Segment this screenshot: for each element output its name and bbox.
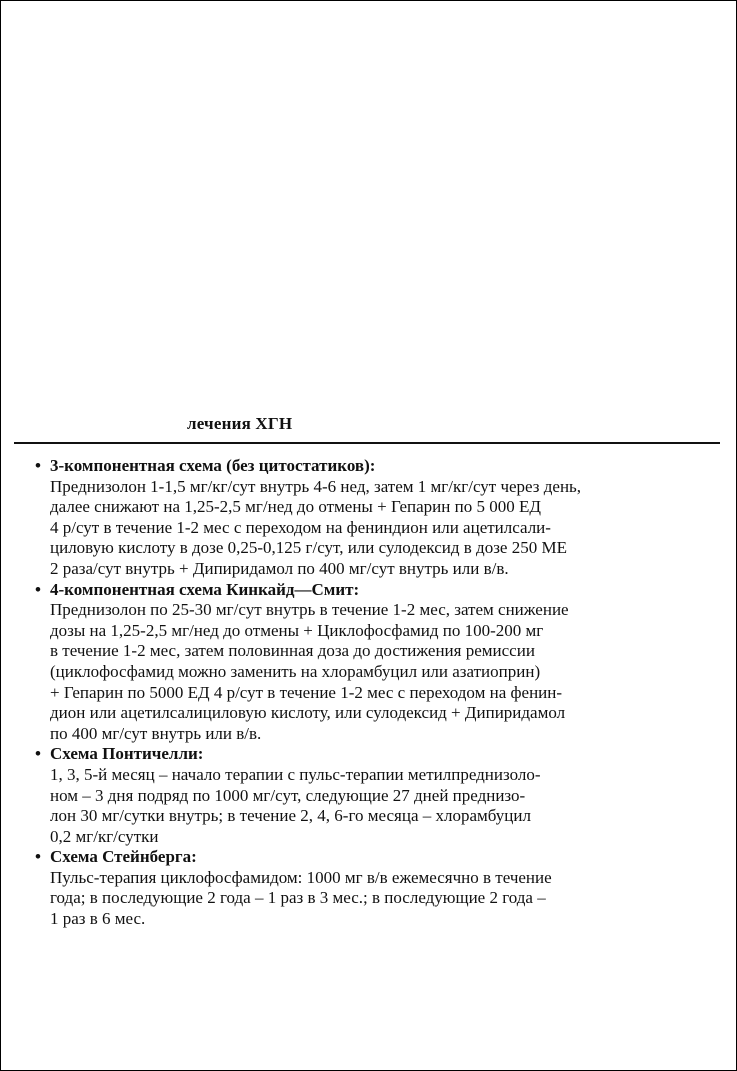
scheme-text-line: далее снижают на 1,25-2,5 мг/нед до отме…	[50, 497, 725, 518]
scheme-text-line: года; в последующие 2 года – 1 раз в 3 м…	[50, 888, 725, 909]
scheme-text-line: дион или ацетилсалициловую кислоту, или …	[50, 703, 725, 724]
scheme-kincaid-smith: • 4-компонентная схема Кинкайд—Смит: Пре…	[35, 580, 725, 745]
bullet-icon: •	[35, 580, 41, 601]
scheme-text-line: + Гепарин по 5000 ЕД 4 р/сут в течение 1…	[50, 683, 725, 704]
scheme-title: Схема Стейнберга:	[50, 847, 725, 868]
bullet-icon: •	[35, 456, 41, 477]
scheme-text-line: 4 р/сут в течение 1-2 мес с переходом на…	[50, 518, 725, 539]
scheme-text-line: дозы на 1,25-2,5 мг/нед до отмены + Цикл…	[50, 621, 725, 642]
scheme-text-line: 1 раз в 6 мес.	[50, 909, 725, 930]
treatment-schemes-list: • 3-компонентная схема (без цитостатиков…	[35, 456, 725, 930]
scheme-three-component: • 3-компонентная схема (без цитостатиков…	[35, 456, 725, 580]
scheme-steinberg: • Схема Стейнберга: Пульс-терапия циклоф…	[35, 847, 725, 929]
scheme-title: 3-компонентная схема (без цитостатиков):	[50, 456, 725, 477]
scheme-text-line: в течение 1-2 мес, затем половинная доза…	[50, 641, 725, 662]
scheme-text-line: лон 30 мг/сутки внутрь; в течение 2, 4, …	[50, 806, 725, 827]
scheme-text-line: (циклофосфамид можно заменить на хлорамб…	[50, 662, 725, 683]
scheme-text-line: циловую кислоту в дозе 0,25-0,125 г/сут,…	[50, 538, 725, 559]
scheme-ponticelli: • Схема Понтичелли: 1, 3, 5-й месяц – на…	[35, 744, 725, 847]
bullet-icon: •	[35, 744, 41, 765]
scheme-text-line: ном – 3 дня подряд по 1000 мг/сут, следу…	[50, 786, 725, 807]
scheme-text-line: Преднизолон 1-1,5 мг/кг/сут внутрь 4-6 н…	[50, 477, 725, 498]
section-heading: лечения ХГН	[187, 414, 292, 434]
scheme-text-line: Преднизолон по 25-30 мг/сут внутрь в теч…	[50, 600, 725, 621]
scheme-text-line: 2 раза/сут внутрь + Дипиридамол по 400 м…	[50, 559, 725, 580]
scheme-text-line: Пульс-терапия циклофосфамидом: 1000 мг в…	[50, 868, 725, 889]
scheme-text-line: 1, 3, 5-й месяц – начало терапии с пульс…	[50, 765, 725, 786]
scheme-title: 4-компонентная схема Кинкайд—Смит:	[50, 580, 725, 601]
scheme-text-line: по 400 мг/сут внутрь или в/в.	[50, 724, 725, 745]
bullet-icon: •	[35, 847, 41, 868]
document-page: лечения ХГН • 3-компонентная схема (без …	[0, 0, 737, 1071]
horizontal-rule	[14, 442, 720, 444]
scheme-title: Схема Понтичелли:	[50, 744, 725, 765]
scheme-text-line: 0,2 мг/кг/сутки	[50, 827, 725, 848]
